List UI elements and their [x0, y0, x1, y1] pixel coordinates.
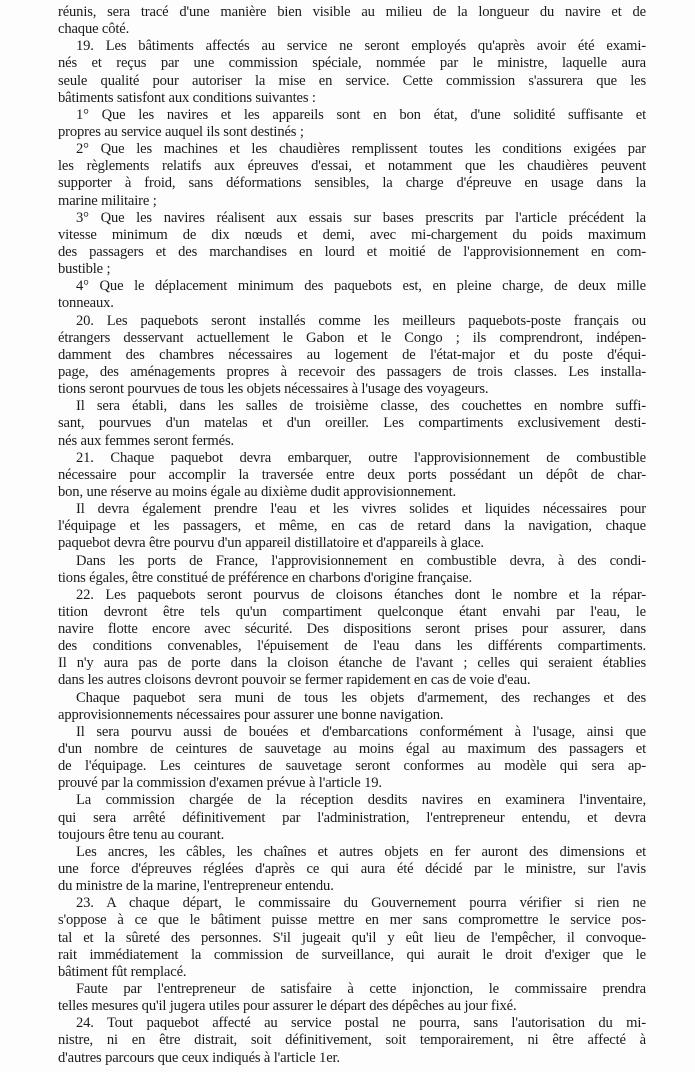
text-line: vitesse minimum de dix nœuds et demi, av… [58, 227, 646, 244]
text-line: bustible ; [58, 261, 646, 278]
text-line: bâtiments satisfont aux conditions suiva… [58, 90, 646, 107]
text-line: d'un nombre de ceintures de sauvetage au… [58, 741, 646, 758]
paragraph-first-line: 1° Que les navires et les appareils sont… [58, 107, 646, 124]
text-line: bâtiment fût remplacé. [58, 964, 646, 981]
text-line: une force d'épreuves réglées d'après ce … [58, 861, 646, 878]
paragraph-first-line: La commission chargée de la réception de… [58, 792, 646, 809]
text-line: tal et la sûreté des personnes. S'il jug… [58, 930, 646, 947]
paragraph-first-line: 2° Que les machines et les chaudières re… [58, 141, 646, 158]
text-line: navire flotte encore avec sécurité. Des … [58, 621, 646, 638]
text-line: damment des chambres nécessaires au loge… [58, 347, 646, 364]
text-line: prouvé par la commission d'examen prévue… [58, 775, 646, 792]
text-line: tions égales, être constitué de préféren… [58, 570, 646, 587]
text-line: chaque côté. [58, 21, 646, 38]
paragraph-first-line: Il sera pourvu aussi de bouées et d'emba… [58, 724, 646, 741]
document-body: réunis, sera tracé d'une manière bien vi… [58, 4, 646, 1067]
paragraph-first-line: 4° Que le déplacement minimum des paqueb… [58, 278, 646, 295]
text-line: marine militaire ; [58, 193, 646, 210]
text-line: dans les autres cloisons devront pouvoir… [58, 672, 646, 689]
paragraph-first-line: Faute par l'entrepreneur de satisfaire à… [58, 981, 646, 998]
text-line: de l'équipage. Les ceintures de sauvetag… [58, 758, 646, 775]
paragraph-first-line: 20. Les paquebots seront installés comme… [58, 313, 646, 330]
text-line: paquebot devra être pourvu d'un appareil… [58, 535, 646, 552]
text-line: nés aux femmes seront fermés. [58, 433, 646, 450]
text-line: l'équipage et les passagers, et même, en… [58, 518, 646, 535]
text-line: réunis, sera tracé d'une manière bien vi… [58, 4, 646, 21]
text-line: du ministre de la marine, l'entrepreneur… [58, 878, 646, 895]
paragraph-first-line: 19. Les bâtiments affectés au service ne… [58, 38, 646, 55]
text-line: propres au service auquel ils sont desti… [58, 124, 646, 141]
text-line: tition devront être tels qu'un compartim… [58, 604, 646, 621]
text-line: d'autres parcours que ceux indiqués à l'… [58, 1050, 646, 1067]
paragraph-first-line: Les ancres, les câbles, les chaînes et a… [58, 844, 646, 861]
paragraph-first-line: 21. Chaque paquebot devra embarquer, out… [58, 450, 646, 467]
paragraph-first-line: Dans les ports de France, l'approvisionn… [58, 553, 646, 570]
text-line: bon, une réserve au moins égale au dixiè… [58, 484, 646, 501]
text-line: Il n'y aura pas de porte dans la cloison… [58, 655, 646, 672]
text-line: des passagers et des marchandises en lou… [58, 244, 646, 261]
text-line: rait immédiatement la commission de surv… [58, 947, 646, 964]
paragraph-first-line: Chaque paquebot sera muni de tous les ob… [58, 690, 646, 707]
paragraph-first-line: 23. A chaque départ, le commissaire du G… [58, 895, 646, 912]
text-line: approvisionnements nécessaires pour assu… [58, 707, 646, 724]
paragraph-first-line: Il sera établi, dans les salles de trois… [58, 398, 646, 415]
text-line: sant, pourvues d'un matelas et d'un orei… [58, 415, 646, 432]
text-line: page, des aménagements propres à recevoi… [58, 364, 646, 381]
text-line: étrangers desservant actuellement le Gab… [58, 330, 646, 347]
paragraph-first-line: 24. Tout paquebot affecté au service pos… [58, 1015, 646, 1032]
text-line: toujours être tenu au courant. [58, 827, 646, 844]
text-line: seule qualité pour autoriser la mise en … [58, 73, 646, 90]
text-line: nés et reçus par une commission spéciale… [58, 55, 646, 72]
text-line: nistre, ni en être distrait, soit défini… [58, 1032, 646, 1049]
paragraph-first-line: 22. Les paquebots seront pourvus de cloi… [58, 587, 646, 604]
text-line: les règlements relatifs aux épreuves d'e… [58, 158, 646, 175]
text-line: nécessaire pour accomplir la traversée e… [58, 467, 646, 484]
paragraph-first-line: 3° Que les navires réalisent aux essais … [58, 210, 646, 227]
text-line: qui sera arrêté définitivement par l'adm… [58, 810, 646, 827]
text-line: s'oppose à ce que le bâtiment puisse met… [58, 912, 646, 929]
text-line: tions seront pourvues de tous les objets… [58, 381, 646, 398]
text-line: telles mesures qu'il jugera utiles pour … [58, 998, 646, 1015]
text-line: des conditions convenables, l'épuisement… [58, 638, 646, 655]
text-line: supporter à froid, sans déformations sen… [58, 175, 646, 192]
scanned-page: réunis, sera tracé d'une manière bien vi… [0, 0, 695, 1072]
text-line: tonneaux. [58, 295, 646, 312]
paragraph-first-line: Il devra également prendre l'eau et les … [58, 501, 646, 518]
